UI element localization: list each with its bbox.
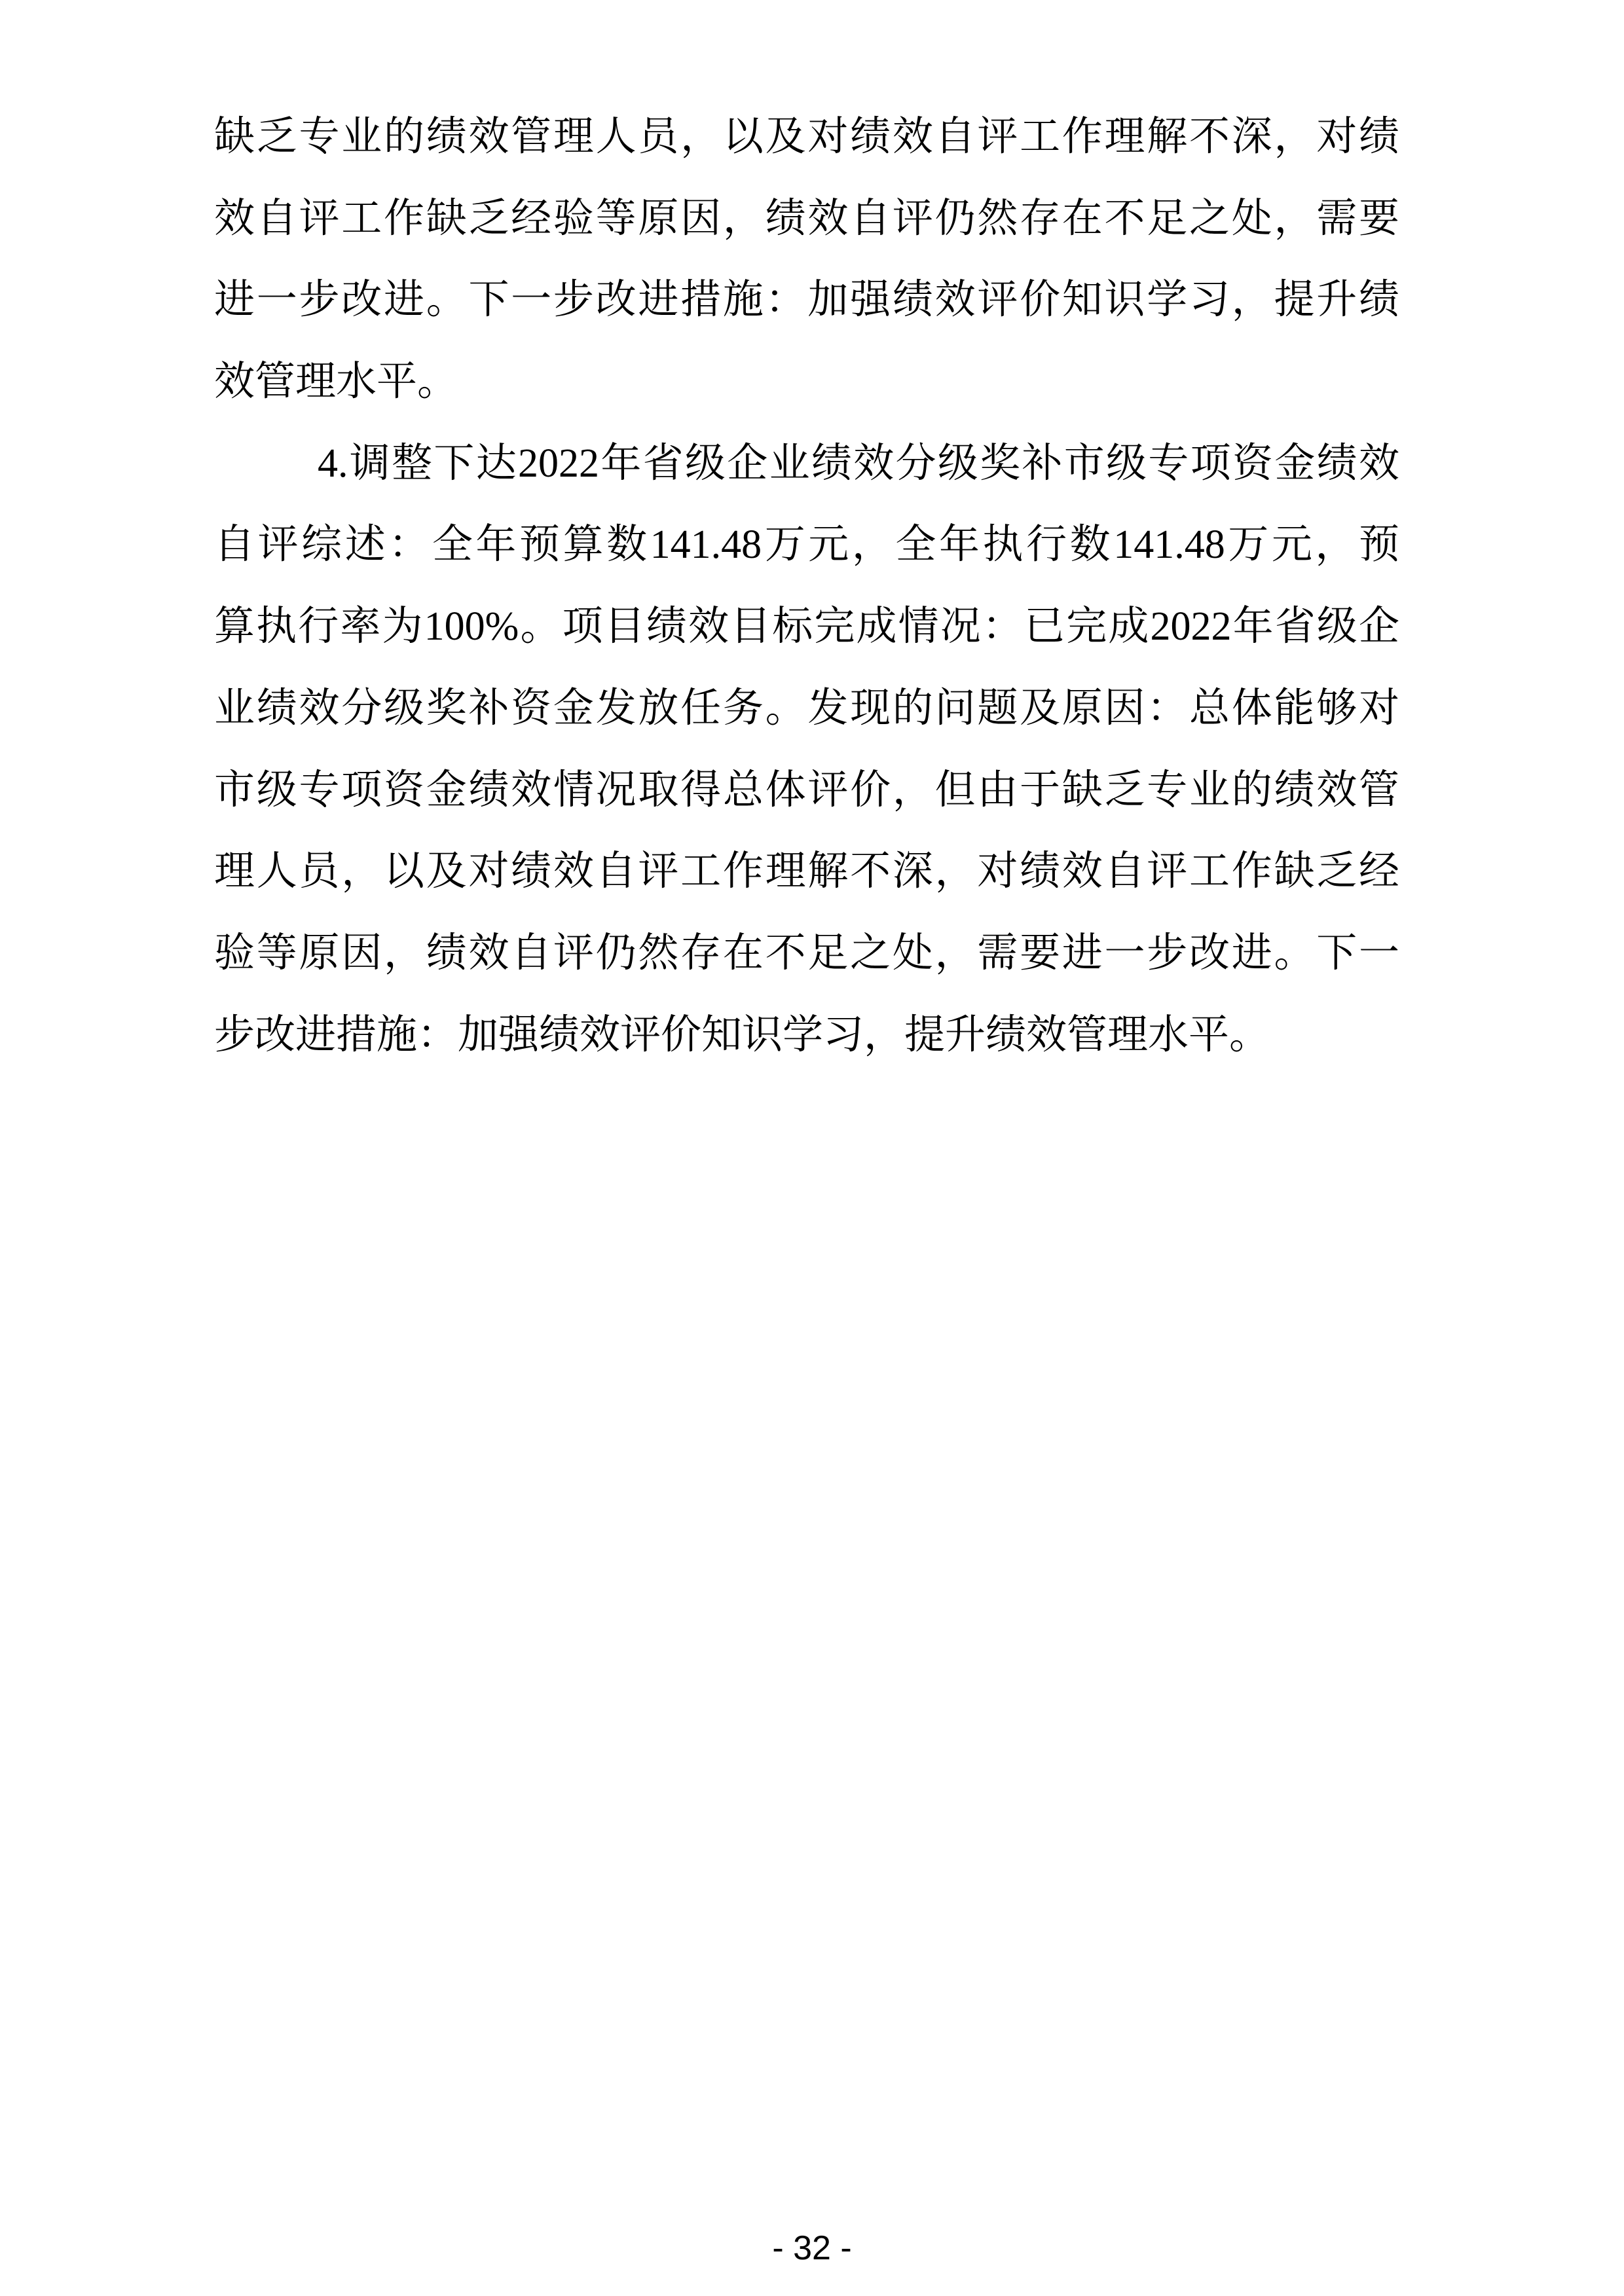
document-body: 缺乏专业的绩效管理人员，以及对绩效自评工作理解不深，对绩 效自评工作缺乏经验等原…: [214, 96, 1399, 1076]
paragraph-continuation: 缺乏专业的绩效管理人员，以及对绩效自评工作理解不深，对绩 效自评工作缺乏经验等原…: [214, 96, 1399, 423]
text-line: 进一步改进。下一步改进措施：加强绩效评价知识学习，提升绩: [214, 259, 1399, 341]
text-line: 理人员，以及对绩效自评工作理解不深，对绩效自评工作缺乏经: [214, 831, 1399, 913]
text-line: 效自评工作缺乏经验等原因，绩效自评仍然存在不足之处，需要: [214, 178, 1399, 260]
text-line: 算执行率为100%。项目绩效目标完成情况：已完成2022年省级企: [214, 586, 1399, 668]
page-number: - 32 -: [0, 2230, 1624, 2267]
text-line: 验等原因，绩效自评仍然存在不足之处，需要进一步改进。下一: [214, 913, 1399, 994]
text-line: 步改进措施：加强绩效评价知识学习，提升绩效管理水平。: [214, 994, 1399, 1076]
text-line: 业绩效分级奖补资金发放任务。发现的问题及原因：总体能够对: [214, 668, 1399, 750]
text-line: 效管理水平。: [214, 341, 1399, 423]
text-line: 市级专项资金绩效情况取得总体评价，但由于缺乏专业的绩效管: [214, 750, 1399, 831]
document-page: 缺乏专业的绩效管理人员，以及对绩效自评工作理解不深，对绩 效自评工作缺乏经验等原…: [0, 0, 1624, 2296]
text-line: 缺乏专业的绩效管理人员，以及对绩效自评工作理解不深，对绩: [214, 96, 1399, 178]
text-line: 自评综述：全年预算数141.48万元，全年执行数141.48万元，预: [214, 504, 1399, 586]
text-line: 4.调整下达2022年省级企业绩效分级奖补市级专项资金绩效: [214, 423, 1399, 505]
paragraph-item-4: 4.调整下达2022年省级企业绩效分级奖补市级专项资金绩效 自评综述：全年预算数…: [214, 423, 1399, 1076]
